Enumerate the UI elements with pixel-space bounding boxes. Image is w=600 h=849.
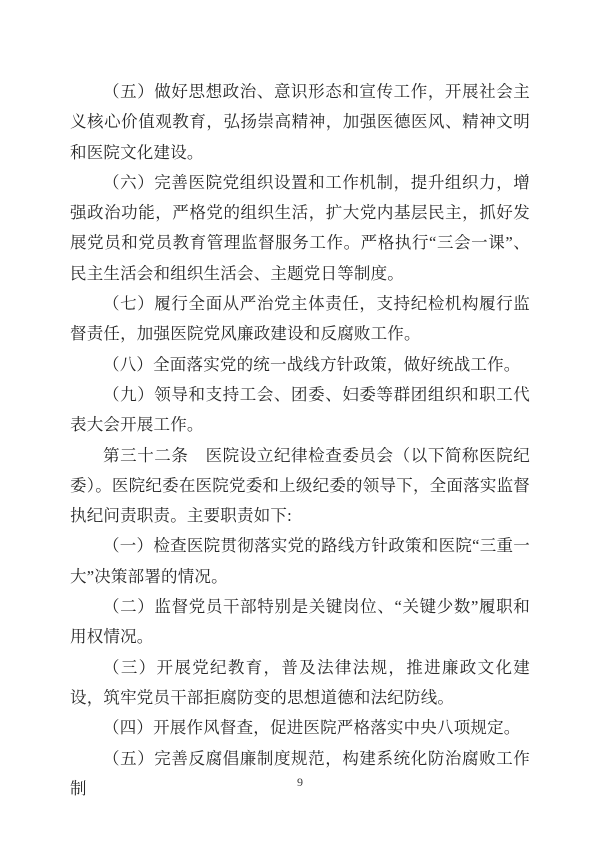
paragraph-item-9: （九）领导和支持工会、团委、妇委等群团组织和职工代表大会开展工作。 (70, 380, 530, 441)
paragraph-duty-3: （三）开展党纪教育，普及法律法规，推进廉政文化建设，筑牢党员干部拒腐防变的思想道… (70, 653, 530, 714)
paragraph-duty-5: （五）完善反腐倡廉制度规范，构建系统化防治腐败工作制 (70, 744, 530, 805)
page-number: 9 (0, 775, 600, 789)
document-page: （五）做好思想政治、意识形态和宣传工作，开展社会主义核心价值观教育，弘扬崇高精神… (0, 0, 600, 849)
paragraph-duty-2: （二）监督党员干部特别是关键岗位、“关键少数”履职和用权情况。 (70, 592, 530, 653)
paragraph-duty-4: （四）开展作风督查，促进医院严格落实中央八项规定。 (70, 713, 530, 743)
paragraph-item-7: （七）履行全面从严治党主体责任，支持纪检机构履行监督责任，加强医院党风廉政建设和… (70, 289, 530, 350)
document-body: （五）做好思想政治、意识形态和宣传工作，开展社会主义核心价值观教育，弘扬崇高精神… (70, 77, 530, 804)
paragraph-item-8: （八）全面落实党的统一战线方针政策，做好统战工作。 (70, 350, 530, 380)
paragraph-duty-1: （一）检查医院贯彻落实党的路线方针政策和医院“三重一大”决策部署的情况。 (70, 531, 530, 592)
paragraph-article-32: 第三十二条 医院设立纪律检查委员会（以下简称医院纪委）。医院纪委在医院党委和上级… (70, 441, 530, 532)
paragraph-item-6: （六）完善医院党组织设置和工作机制，提升组织力，增强政治功能，严格党的组织生活，… (70, 168, 530, 289)
paragraph-item-5: （五）做好思想政治、意识形态和宣传工作，开展社会主义核心价值观教育，弘扬崇高精神… (70, 77, 530, 168)
